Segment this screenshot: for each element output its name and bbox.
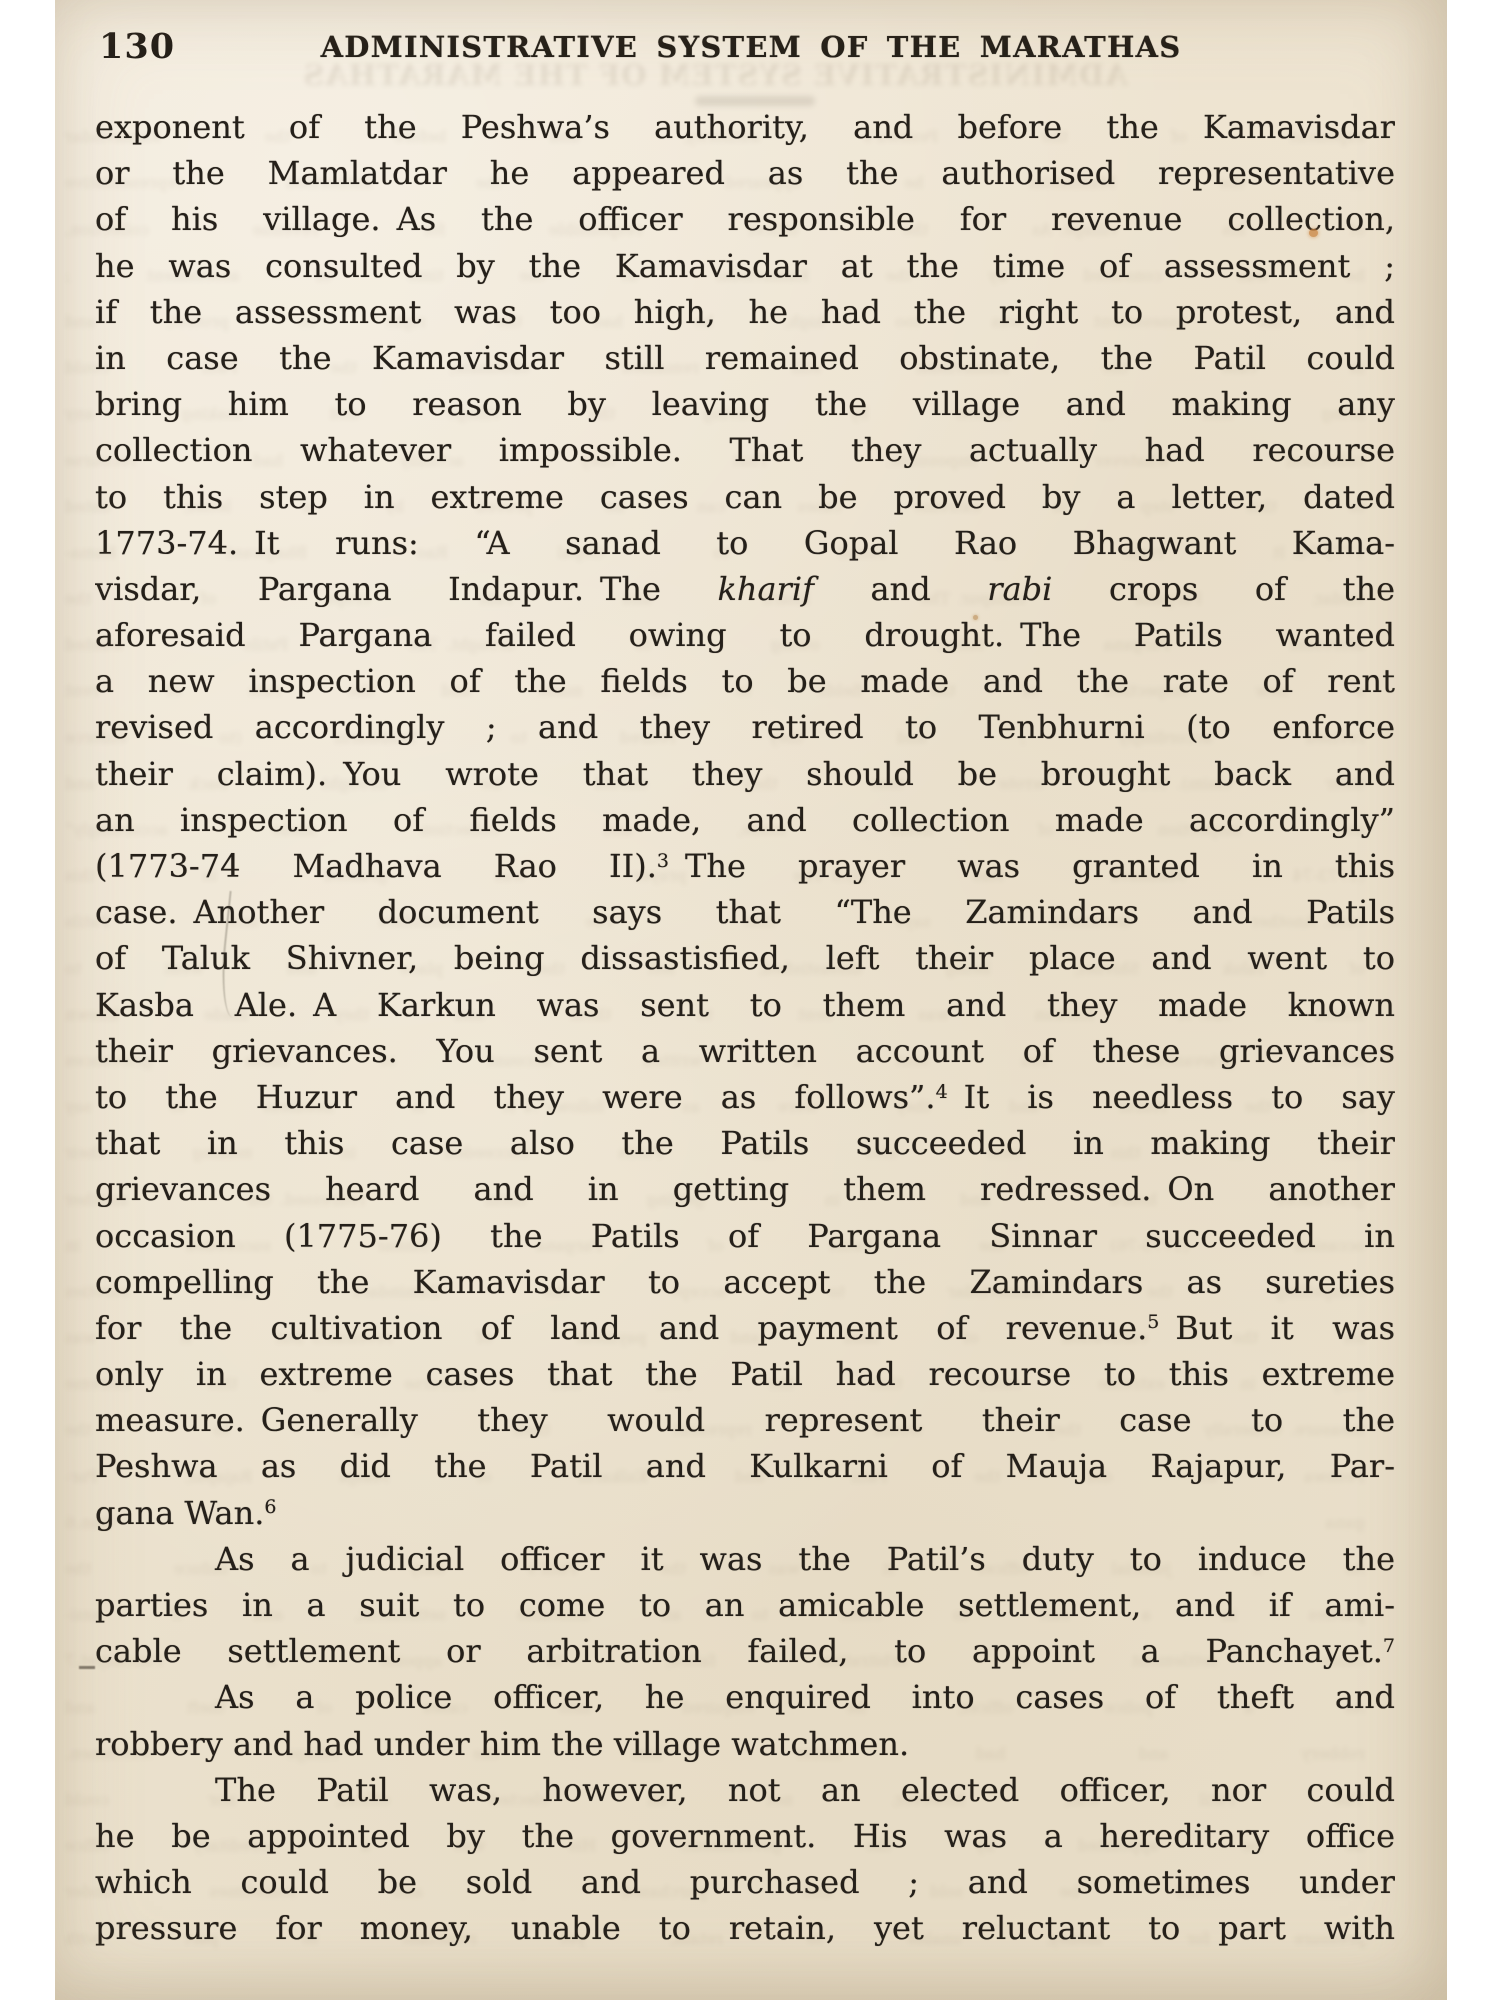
ink-mark (79, 1666, 95, 1669)
body-line: As a police officer, he enquired into ca… (95, 1674, 1395, 1720)
body-line: 1773-74. It runs: “A sanad to Gopal Rao … (95, 520, 1395, 566)
body-line: only in extreme cases that the Patil had… (95, 1351, 1395, 1397)
running-head: 130 ADMINISTRATIVE SYSTEM OF THE MARATHA… (55, 26, 1447, 70)
body-line: that in this case also the Patils succee… (95, 1120, 1395, 1166)
body-line: Peshwa as did the Patil and Kulkarni of … (95, 1443, 1395, 1489)
body-text: exponent of the Peshwa’s authority, and … (95, 104, 1395, 1952)
body-line: their grievances. You sent a written acc… (95, 1028, 1395, 1074)
body-line: gana Wan.6 (95, 1490, 1395, 1536)
body-line: (1773-74 Madhava Rao II).3 The prayer wa… (95, 843, 1395, 889)
book-page: ADMINISTRATIVE SYSTEM OF THE MARATHASexp… (55, 0, 1447, 2000)
body-line: measure. Generally they would represent … (95, 1397, 1395, 1443)
body-line: to this step in extreme cases can be pro… (95, 474, 1395, 520)
body-line: visdar, Pargana Indapur. The kharif and … (95, 566, 1395, 612)
body-line: occasion (1775-76) the Patils of Pargana… (95, 1213, 1395, 1259)
body-line: collection whatever impossible. That the… (95, 427, 1395, 473)
body-line: he be appointed by the government. His w… (95, 1813, 1395, 1859)
running-title: ADMINISTRATIVE SYSTEM OF THE MARATHAS (55, 30, 1447, 64)
body-line: in case the Kamavisdar still remained ob… (95, 335, 1395, 381)
body-line: compelling the Kamavisdar to accept the … (95, 1259, 1395, 1305)
body-line: robbery and had under him the village wa… (95, 1721, 1395, 1767)
body-line: which could be sold and purchased ; and … (95, 1859, 1395, 1905)
body-line: for the cultivation of land and payment … (95, 1305, 1395, 1351)
body-line: of his village. As the officer responsib… (95, 196, 1395, 242)
body-line: he was consulted by the Kamavisdar at th… (95, 243, 1395, 289)
body-line: of Taluk Shivner, being dissastisfied, l… (95, 935, 1395, 981)
scanned-page: ADMINISTRATIVE SYSTEM OF THE MARATHASexp… (0, 0, 1500, 2000)
body-line: if the assessment was too high, he had t… (95, 289, 1395, 335)
body-line: or the Mamlatdar he appeared as the auth… (95, 150, 1395, 196)
body-line: revised accordingly ; and they retired t… (95, 704, 1395, 750)
body-line: Kasba Ale. A Karkun was sent to them and… (95, 982, 1395, 1028)
body-line: case. Another document says that “The Za… (95, 889, 1395, 935)
body-line: cable settlement or arbitration failed, … (95, 1628, 1395, 1674)
body-line: a new inspection of the fields to be mad… (95, 658, 1395, 704)
body-line: an inspection of fields made, and collec… (95, 797, 1395, 843)
body-line: aforesaid Pargana failed owing to drough… (95, 612, 1395, 658)
body-line: pressure for money, unable to retain, ye… (95, 1905, 1395, 1951)
body-line: The Patil was, however, not an elected o… (95, 1767, 1395, 1813)
body-line: grievances heard and in getting them red… (95, 1166, 1395, 1212)
body-line: bring him to reason by leaving the villa… (95, 381, 1395, 427)
body-line: to the Huzur and they were as follows”.4… (95, 1074, 1395, 1120)
body-line: exponent of the Peshwa’s authority, and … (95, 104, 1395, 150)
body-line: parties in a suit to come to an amicable… (95, 1582, 1395, 1628)
body-line: As a judicial officer it was the Patil’s… (95, 1536, 1395, 1582)
body-line: their claim). You wrote that they should… (95, 751, 1395, 797)
